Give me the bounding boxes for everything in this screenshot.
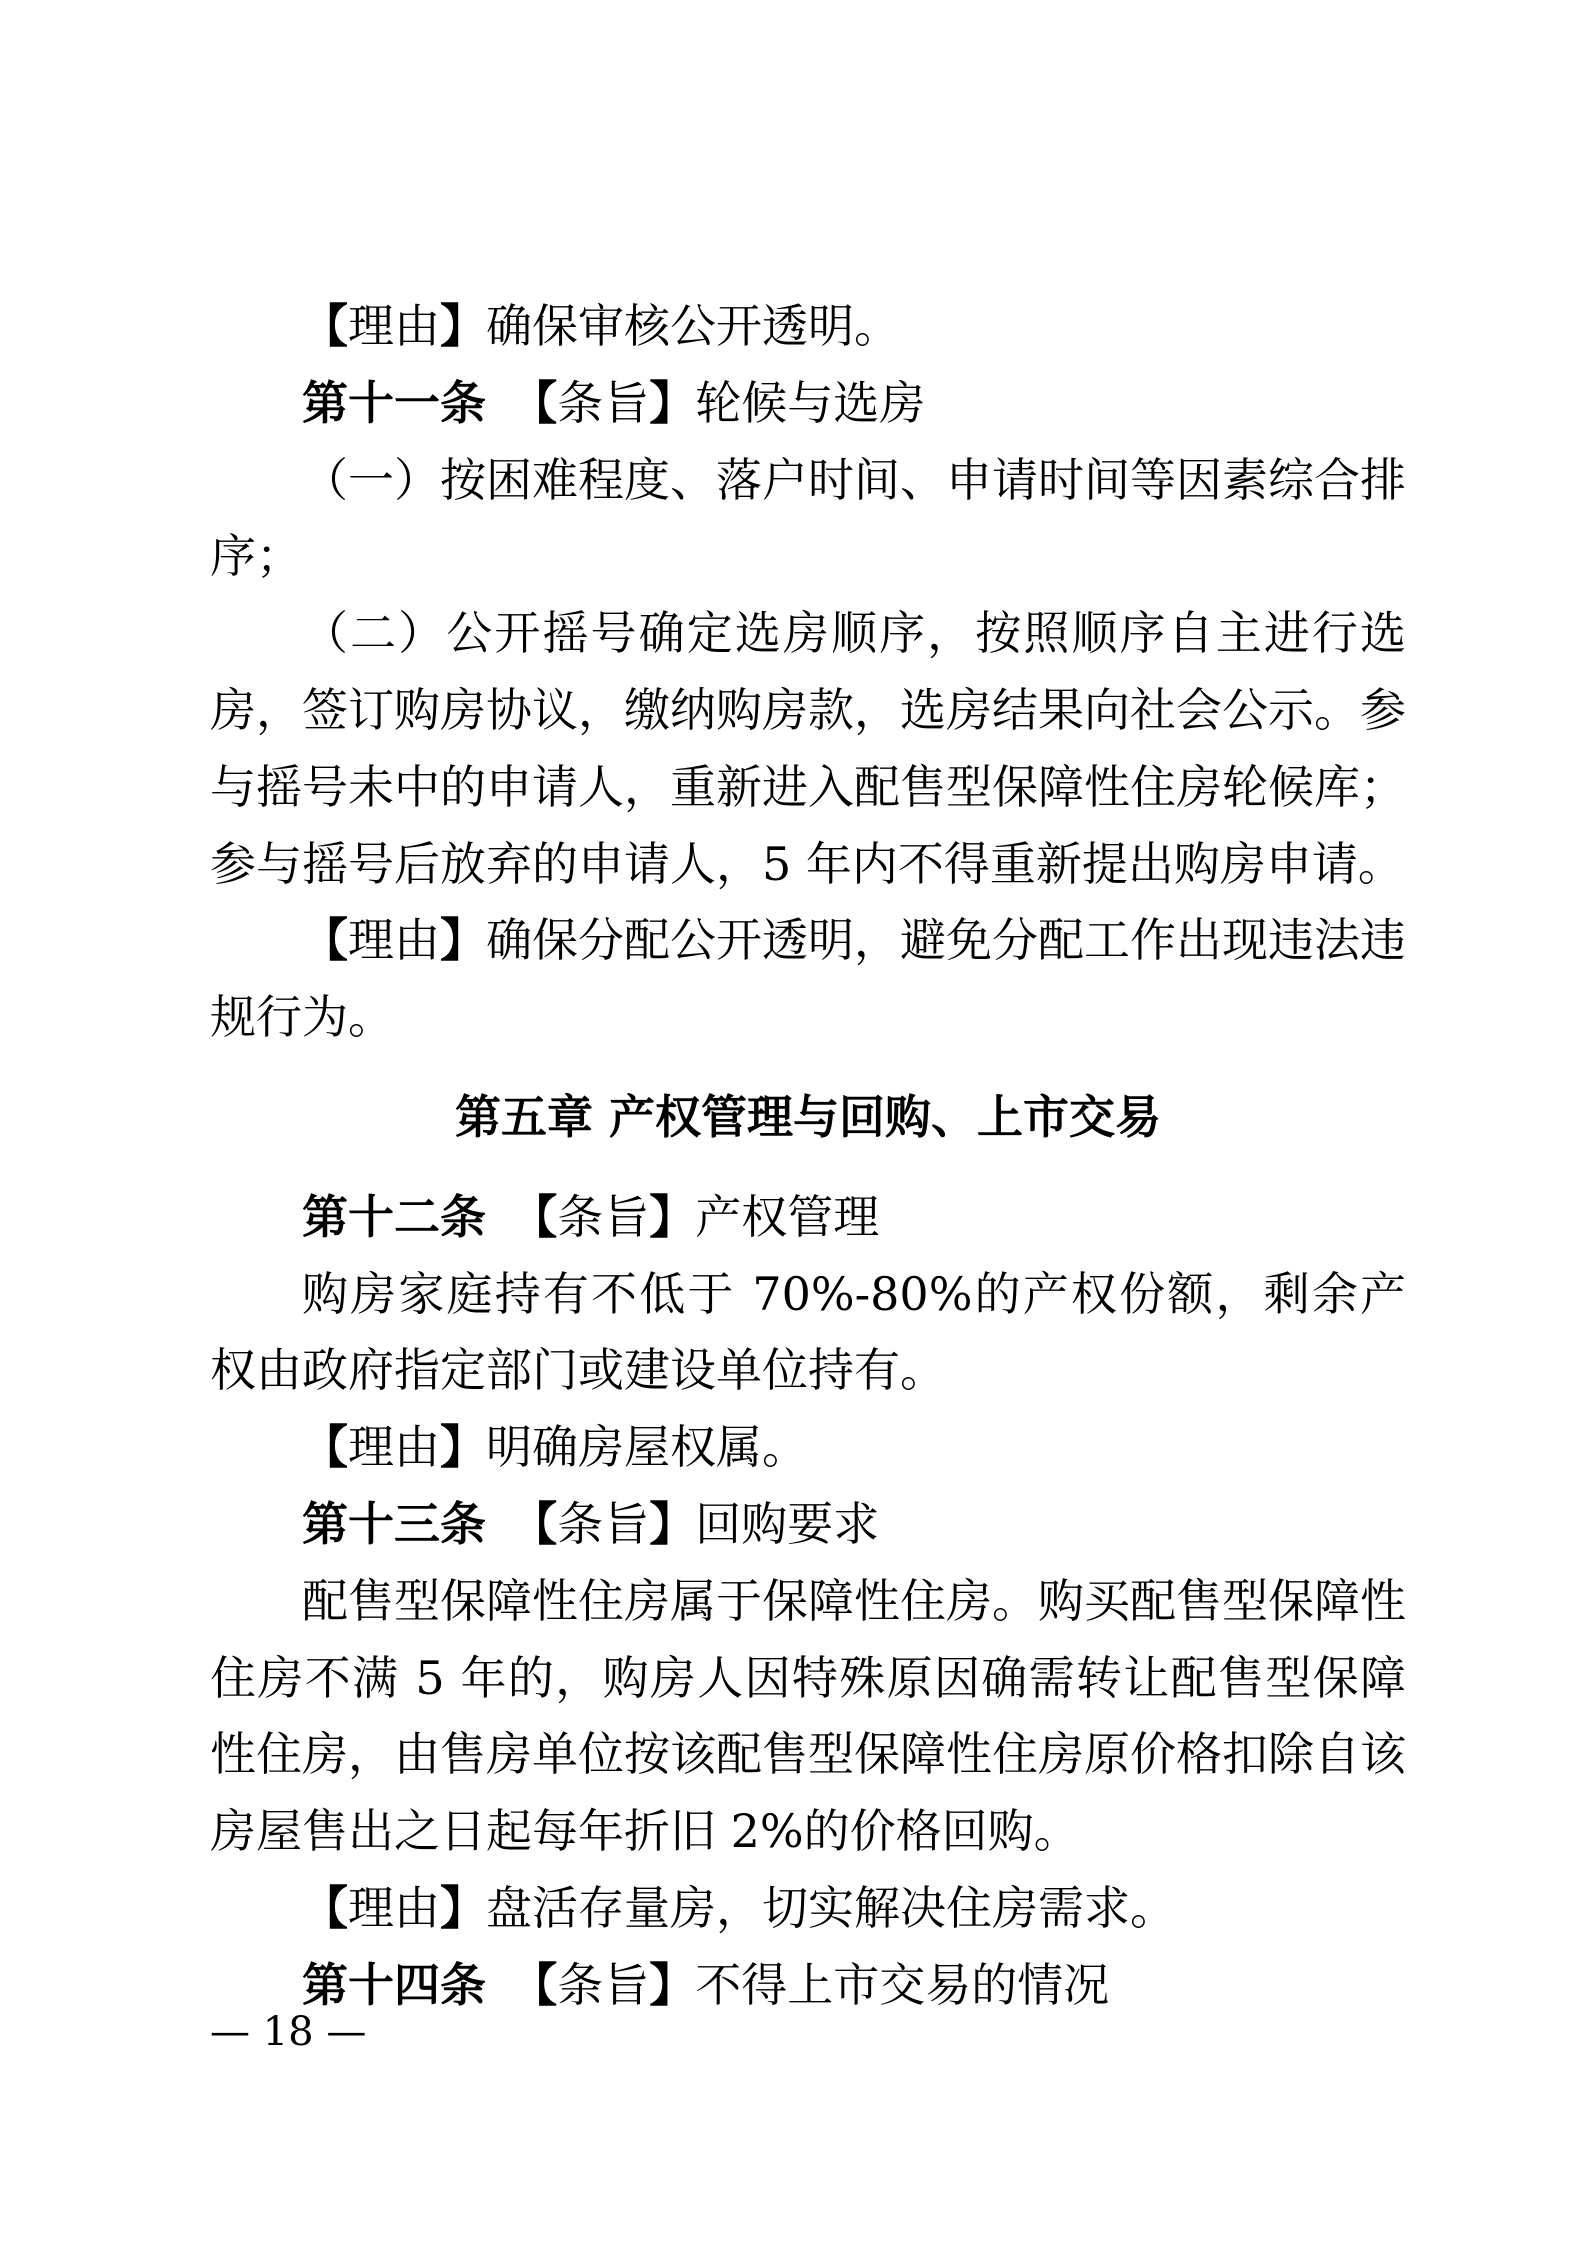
paragraph: 第十四条【条旨】不得上市交易的情况 bbox=[210, 1947, 1406, 2024]
body-text: 产权管理 bbox=[695, 1190, 879, 1244]
paragraph: 第十三条【条旨】回购要求 bbox=[210, 1486, 1406, 1563]
bracket-mark: 【 bbox=[511, 1958, 557, 2012]
body-text: 确保审核公开透明。 bbox=[486, 299, 900, 353]
article-number: 第十四条 bbox=[302, 1958, 486, 2012]
bracket-mark: 【 bbox=[302, 913, 348, 967]
document-page: 【理由】确保审核公开透明。第十一条【条旨】轮候与选房（一）按困难程度、落户时间、… bbox=[0, 0, 1587, 2245]
body-text: 明确房屋权属。 bbox=[486, 1420, 808, 1474]
body-text: 购房家庭持有不低于 70%-80%的产权份额，剩余产权由政府指定部门或建设单位持… bbox=[210, 1267, 1406, 1398]
bracket-mark: 】 bbox=[440, 1881, 486, 1935]
body-text: 盘活存量房，切实解决住房需求。 bbox=[486, 1881, 1176, 1935]
bracket-mark: 【 bbox=[511, 1497, 557, 1551]
body-text: 条旨 bbox=[557, 1190, 649, 1244]
body-text: 回购要求 bbox=[695, 1497, 879, 1551]
paragraph: 配售型保障性住房属于保障性住房。购买配售型保障性住房不满 5 年的，购房人因特殊… bbox=[210, 1563, 1406, 1870]
body-text: 条旨 bbox=[557, 1497, 649, 1551]
bracket-mark: 】 bbox=[649, 1190, 695, 1244]
bracket-mark: 【 bbox=[511, 1190, 557, 1244]
bracket-mark: 【 bbox=[511, 376, 557, 430]
paragraph: 【理由】明确房屋权属。 bbox=[210, 1409, 1406, 1486]
body-text: 不得上市交易的情况 bbox=[695, 1958, 1109, 2012]
paragraph: （一）按困难程度、落户时间、申请时间等因素综合排序； bbox=[210, 442, 1406, 596]
bracket-mark: 】 bbox=[649, 1497, 695, 1551]
paragraph: 购房家庭持有不低于 70%-80%的产权份额，剩余产权由政府指定部门或建设单位持… bbox=[210, 1256, 1406, 1410]
body-text: （二）公开摇号确定选房顺序，按照顺序自主进行选房，签订购房协议，缴纳购房款，选房… bbox=[210, 606, 1406, 890]
article-number: 第十三条 bbox=[302, 1497, 486, 1551]
article-number: 第十二条 bbox=[302, 1190, 486, 1244]
chapter-heading: 第五章 产权管理与回购、上市交易 bbox=[210, 1079, 1406, 1156]
paragraph: 【理由】确保审核公开透明。 bbox=[210, 288, 1406, 365]
bracket-mark: 】 bbox=[649, 1958, 695, 2012]
paragraph: 【理由】确保分配公开透明，避免分配工作出现违法违规行为。 bbox=[210, 902, 1406, 1056]
body-text: 理由 bbox=[348, 1881, 440, 1935]
body-text: 理由 bbox=[348, 1420, 440, 1474]
paragraph: 【理由】盘活存量房，切实解决住房需求。 bbox=[210, 1870, 1406, 1947]
paragraph: 第十一条【条旨】轮候与选房 bbox=[210, 365, 1406, 442]
body-text: 配售型保障性住房属于保障性住房。购买配售型保障性住房不满 5 年的，购房人因特殊… bbox=[210, 1574, 1406, 1858]
bracket-mark: 【 bbox=[302, 1881, 348, 1935]
bracket-mark: 】 bbox=[440, 913, 486, 967]
body-text: 条旨 bbox=[557, 1958, 649, 2012]
bracket-mark: 】 bbox=[649, 376, 695, 430]
article-number: 第十一条 bbox=[302, 376, 486, 430]
document-body: 【理由】确保审核公开透明。第十一条【条旨】轮候与选房（一）按困难程度、落户时间、… bbox=[210, 288, 1406, 2024]
paragraph: （二）公开摇号确定选房顺序，按照顺序自主进行选房，签订购房协议，缴纳购房款，选房… bbox=[210, 595, 1406, 902]
page-footer: — 18 — bbox=[210, 2008, 366, 2056]
body-text: 理由 bbox=[348, 299, 440, 353]
body-text: 条旨 bbox=[557, 376, 649, 430]
body-text: 理由 bbox=[348, 913, 440, 967]
body-text: （一）按困难程度、落户时间、申请时间等因素综合排序； bbox=[210, 453, 1406, 584]
bracket-mark: 【 bbox=[302, 1420, 348, 1474]
bracket-mark: 】 bbox=[440, 1420, 486, 1474]
page-number: — 18 — bbox=[210, 2009, 366, 2055]
body-text: 轮候与选房 bbox=[695, 376, 925, 430]
bracket-mark: 】 bbox=[440, 299, 486, 353]
bracket-mark: 【 bbox=[302, 299, 348, 353]
chapter-heading-text: 第五章 产权管理与回购、上市交易 bbox=[455, 1090, 1161, 1144]
paragraph: 第十二条【条旨】产权管理 bbox=[210, 1179, 1406, 1256]
